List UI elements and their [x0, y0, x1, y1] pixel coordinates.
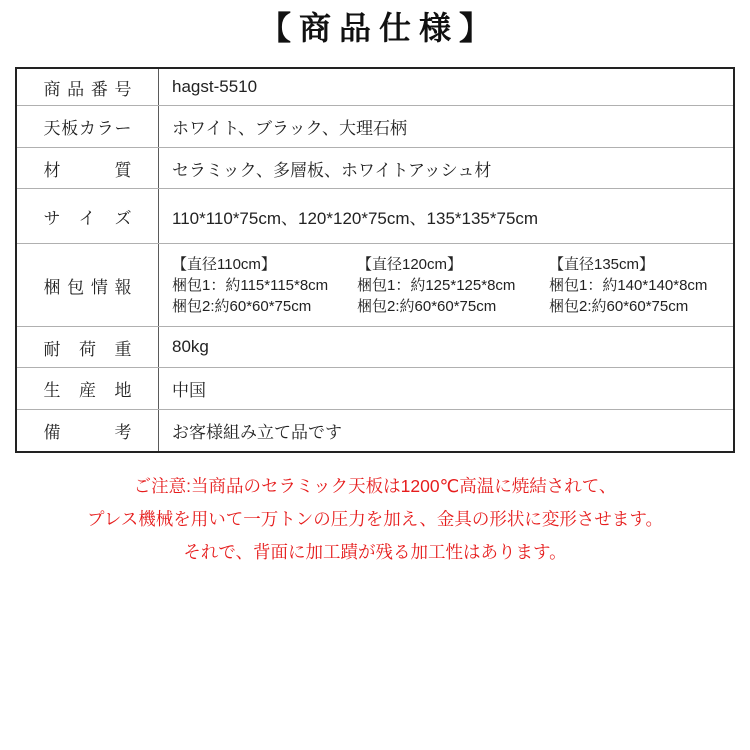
- label-text: 天板カラー: [44, 114, 132, 139]
- notice-line: プレス機械を用いて一万トンの圧力を加え、金具の形状に変形させます。: [0, 503, 750, 536]
- row-value: 110*110*75cm、120*120*75cm、135*135*75cm: [159, 189, 733, 243]
- packing-line: 梱包2:約60*60*75cm: [549, 296, 733, 317]
- notice-line: それで、背面に加工蹟が残る加工性はあります。: [0, 536, 750, 569]
- label-text: 生産地: [44, 376, 132, 401]
- row-label: 商品番号: [17, 69, 159, 105]
- table-row-load-capacity: 耐荷重 80kg: [17, 326, 733, 367]
- packing-heading: 【直径110cm】: [172, 254, 357, 275]
- value-text: 80kg: [172, 337, 209, 357]
- notice-line: ご注意:当商品のセラミック天板は1200℃高温に焼結されて、: [0, 470, 750, 503]
- row-label: 天板カラー: [17, 106, 159, 147]
- value-text: セラミック、多層板、ホワイトアッシュ材: [172, 156, 491, 181]
- packing-column-120cm: 【直径120cm】 梱包1：約125*125*8cm 梱包2:約60*60*75…: [357, 254, 549, 317]
- spec-table: 商品番号 hagst-5510 天板カラー ホワイト、ブラック、大理石柄 材質 …: [15, 67, 735, 453]
- table-row-origin: 生産地 中国: [17, 367, 733, 409]
- table-row-size: サイズ 110*110*75cm、120*120*75cm、135*135*75…: [17, 188, 733, 243]
- packing-column-135cm: 【直径135cm】 梱包1：約140*140*8cm 梱包2:約60*60*75…: [549, 254, 733, 317]
- table-row-top-color: 天板カラー ホワイト、ブラック、大理石柄: [17, 105, 733, 147]
- label-text: 商品番号: [44, 75, 132, 100]
- row-label: 生産地: [17, 368, 159, 409]
- notice: ご注意:当商品のセラミック天板は1200℃高温に焼結されて、 プレス機械を用いて…: [0, 470, 750, 569]
- table-row-remarks: 備考 お客様組み立て品です: [17, 409, 733, 451]
- row-label: 耐荷重: [17, 327, 159, 367]
- label-text: サイズ: [44, 204, 132, 229]
- row-value: 80kg: [159, 327, 733, 367]
- page-title: 【商品仕様】: [0, 6, 750, 50]
- row-value: hagst-5510: [159, 69, 733, 105]
- label-text: 材質: [44, 156, 132, 181]
- value-text: 110*110*75cm、120*120*75cm、135*135*75cm: [172, 204, 538, 229]
- value-text: ホワイト、ブラック、大理石柄: [172, 114, 407, 139]
- row-label: 梱包情報: [17, 244, 159, 326]
- label-text: 梱包情報: [44, 273, 132, 298]
- packing-line: 梱包1：約140*140*8cm: [549, 275, 733, 296]
- label-text: 耐荷重: [44, 335, 132, 360]
- value-text: hagst-5510: [172, 77, 257, 97]
- value-text: お客様組み立て品です: [172, 418, 342, 443]
- row-value: お客様組み立て品です: [159, 410, 733, 451]
- packing-line: 梱包1：約125*125*8cm: [357, 275, 549, 296]
- row-value-packing: 【直径110cm】 梱包1：約115*115*8cm 梱包2:約60*60*75…: [159, 244, 733, 326]
- value-text: 中国: [172, 376, 206, 401]
- row-label: 材質: [17, 148, 159, 188]
- table-row-product-number: 商品番号 hagst-5510: [17, 69, 733, 105]
- packing-heading: 【直径135cm】: [549, 254, 733, 275]
- row-value: ホワイト、ブラック、大理石柄: [159, 106, 733, 147]
- packing-heading: 【直径120cm】: [357, 254, 549, 275]
- packing-line: 梱包2:約60*60*75cm: [172, 296, 357, 317]
- packing-line: 梱包2:約60*60*75cm: [357, 296, 549, 317]
- label-text: 備考: [44, 418, 132, 443]
- packing-line: 梱包1：約115*115*8cm: [172, 275, 357, 296]
- row-value: 中国: [159, 368, 733, 409]
- row-label: 備考: [17, 410, 159, 451]
- packing-column-110cm: 【直径110cm】 梱包1：約115*115*8cm 梱包2:約60*60*75…: [172, 254, 357, 317]
- table-row-packing-info: 梱包情報 【直径110cm】 梱包1：約115*115*8cm 梱包2:約60*…: [17, 243, 733, 326]
- row-label: サイズ: [17, 189, 159, 243]
- table-row-material: 材質 セラミック、多層板、ホワイトアッシュ材: [17, 147, 733, 188]
- row-value: セラミック、多層板、ホワイトアッシュ材: [159, 148, 733, 188]
